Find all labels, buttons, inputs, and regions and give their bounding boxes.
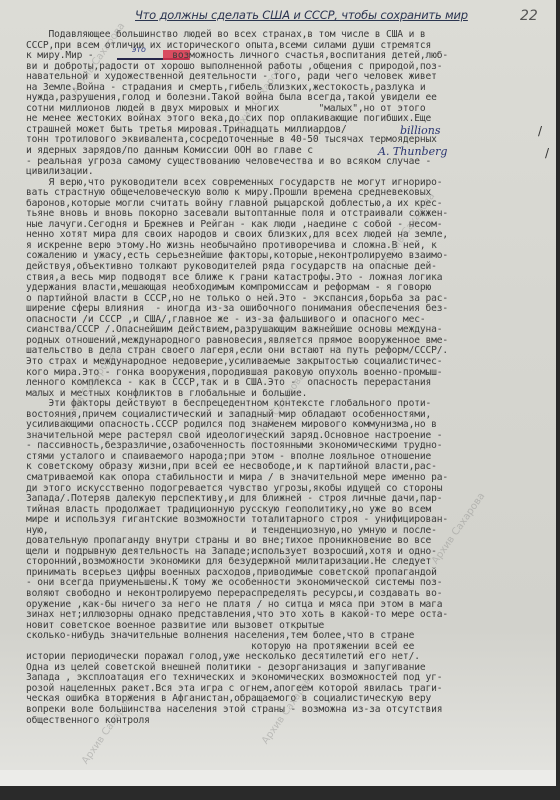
text-line: сматриваемой как опора стабильности и ми…: [26, 473, 546, 484]
text-line: воляют свободно и неконтролируемо перера…: [26, 589, 546, 600]
text-line: - реальная угроза самому существованию ч…: [26, 157, 546, 168]
margin-note-billions: billions: [400, 124, 440, 137]
typewritten-body: Подавляющее большинство людей во всех ст…: [26, 30, 546, 726]
margin-note-thunberg: A. Thunberg: [378, 145, 447, 158]
handwritten-title: Что должны сделать США и СССР, чтобы сох…: [135, 8, 435, 22]
page-number: 22: [520, 8, 538, 24]
margin-slash: /: [538, 124, 542, 138]
document-page: Что должны сделать США и СССР, чтобы сох…: [0, 0, 556, 786]
text-line: и ядерных зарядов/по данным Комиссии ООН…: [26, 146, 546, 157]
text-line: Подавляющее большинство людей во всех ст…: [26, 30, 546, 41]
margin-slash: /: [545, 146, 549, 160]
text-line: действуя,объективно толкают руководителе…: [26, 262, 546, 273]
